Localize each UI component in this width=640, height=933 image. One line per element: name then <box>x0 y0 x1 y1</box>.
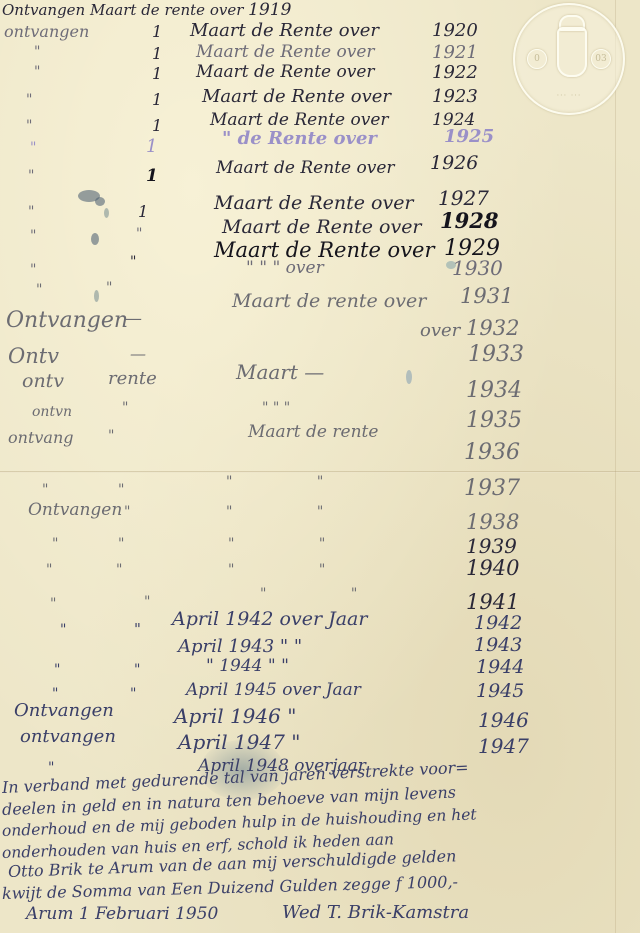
received-label: Ontvangen <box>2 1 85 19</box>
paper-crease <box>615 0 616 933</box>
row-year: 1937 <box>464 476 520 501</box>
row-description: Maart de Rente over <box>190 20 379 41</box>
paper-fold <box>0 471 640 473</box>
row-mark: " <box>122 400 128 416</box>
ink-blot <box>94 290 99 302</box>
row-year: 1921 <box>432 42 478 63</box>
received-label: " <box>34 64 40 80</box>
row-year: 1927 <box>438 186 489 210</box>
received-label: " <box>50 596 56 612</box>
row-year: 1936 <box>464 440 520 465</box>
row-mark: " <box>134 620 141 638</box>
row-description: Maart — <box>236 360 324 384</box>
received-label: " <box>30 140 36 156</box>
received-label: " <box>28 168 34 184</box>
place-date: Arum 1 Februari 1950 <box>26 904 218 924</box>
row-description: " " <box>226 504 323 520</box>
received-label: " <box>28 204 34 220</box>
received-label: " <box>30 262 36 278</box>
row-mark: 1 <box>152 22 162 41</box>
row-year: 1933 <box>468 342 524 367</box>
row-mark: — <box>130 344 146 363</box>
row-year: 1919 <box>248 0 291 20</box>
row-description: Maart de rente <box>248 422 378 442</box>
ink-blot <box>95 197 105 206</box>
received-label: ontvn <box>32 404 72 420</box>
row-mark: 1 <box>152 116 162 135</box>
row-description: " " " over <box>246 258 324 278</box>
row-mark: 1 <box>152 90 162 109</box>
row-description: Maart de Rente over <box>214 192 414 214</box>
row-description: Maart de Rente over <box>222 216 422 238</box>
row-description: Maart de Rente over <box>202 86 391 107</box>
row-description: Maart de Rente over <box>196 42 375 62</box>
seal-right-numeral: 03 <box>591 49 611 69</box>
received-label: Ontvangen <box>14 700 114 721</box>
received-label: " <box>26 118 32 134</box>
row-description: April 1945 over Jaar <box>186 680 361 700</box>
received-label: " <box>52 536 58 552</box>
row-year: 1920 <box>432 20 478 41</box>
row-year: 1922 <box>432 62 478 83</box>
row-mark: " <box>144 594 150 610</box>
row-description: " " <box>226 474 323 490</box>
received-label: " <box>26 92 32 108</box>
row-description: " de Rente over <box>222 128 377 149</box>
row-year: 1935 <box>466 408 522 433</box>
received-label: " <box>36 282 42 298</box>
row-description: over <box>420 320 460 341</box>
received-label: ontvangen <box>4 22 89 41</box>
seal-caption: ··· ··· <box>515 91 623 100</box>
row-mark: " <box>130 254 136 270</box>
row-mark: " <box>108 428 114 444</box>
row-year: 1945 <box>476 680 524 702</box>
row-mark: " <box>118 536 124 552</box>
row-year: 1947 <box>478 734 529 758</box>
row-description: April 1942 over Jaar <box>172 608 367 630</box>
row-description: Maart de Rente over <box>210 110 389 130</box>
row-year: 1938 <box>466 510 519 534</box>
row-mark: " <box>116 562 122 578</box>
received-label: ontvang <box>8 428 74 447</box>
received-label: " <box>34 44 40 60</box>
lion-shield-icon <box>557 27 587 77</box>
row-mark: — <box>124 308 142 329</box>
seal-left-numeral: 0 <box>527 49 547 69</box>
received-label: " <box>60 622 66 638</box>
row-year: 1928 <box>440 208 498 233</box>
ink-blot <box>406 370 412 384</box>
received-label: " <box>42 482 48 498</box>
row-mark: 1 <box>152 64 162 83</box>
row-mark: " <box>124 504 130 520</box>
row-year: 1930 <box>452 256 503 280</box>
row-year: 1925 <box>444 126 494 147</box>
received-label: " <box>54 662 60 678</box>
document-page: 0 03 ··· ··· Ontvangen Maart de rente ov… <box>0 0 640 933</box>
row-description: " 1944 " " <box>206 656 289 676</box>
row-mark: " <box>136 226 142 242</box>
row-description: Maart de rente over <box>232 290 426 312</box>
row-description: April 1947 " <box>178 730 300 754</box>
ink-blot <box>91 233 99 245</box>
row-description: Maart de rente over <box>90 1 243 19</box>
row-year: 1931 <box>460 284 513 308</box>
row-description: " " <box>260 586 357 602</box>
received-label: " <box>48 760 54 776</box>
row-year: 1946 <box>478 708 529 732</box>
received-label: Ontvangen <box>28 500 122 520</box>
row-mark: " <box>106 280 112 296</box>
row-description: Maart de Rente over <box>196 62 375 82</box>
row-mark: rente <box>108 368 157 389</box>
signature: Wed T. Brik-Kamstra <box>282 902 469 923</box>
row-year: 1942 <box>474 612 522 634</box>
row-year: 1940 <box>466 556 519 580</box>
received-label: Ontv <box>8 344 59 368</box>
row-mark: " <box>118 482 124 498</box>
row-description: " " <box>228 562 325 578</box>
row-mark: 1 <box>138 202 148 221</box>
row-description: " " " <box>262 400 290 416</box>
row-description: April 1946 " <box>174 704 296 728</box>
row-year: 1939 <box>466 534 517 558</box>
ink-blot <box>104 208 109 218</box>
row-mark: " <box>130 686 136 702</box>
received-label: " <box>46 562 52 578</box>
row-year: 1926 <box>430 152 478 174</box>
embossed-seal: 0 03 ··· ··· <box>513 3 625 115</box>
row-description: Maart de Rente over <box>216 158 395 178</box>
row-year: 1944 <box>476 656 524 678</box>
received-label: " <box>30 228 36 244</box>
row-year: 1943 <box>474 634 522 656</box>
row-year: 1941 <box>466 590 519 614</box>
row-year: 1934 <box>466 378 522 403</box>
received-label: ontv <box>22 370 64 392</box>
received-label: Ontvangen <box>6 308 128 333</box>
row-mark: 1 <box>146 166 158 186</box>
ledger-row: Ontvangen Maart de rente over 1919 <box>2 0 291 20</box>
received-label: ontvangen <box>20 726 116 747</box>
row-mark: 1 <box>152 44 162 63</box>
row-description: " " <box>228 536 325 552</box>
row-year: 1932 <box>466 316 519 340</box>
row-description: April 1943 " " <box>178 636 302 657</box>
row-mark: " <box>134 662 140 678</box>
row-mark: 1 <box>146 136 157 157</box>
row-year: 1923 <box>432 86 478 107</box>
